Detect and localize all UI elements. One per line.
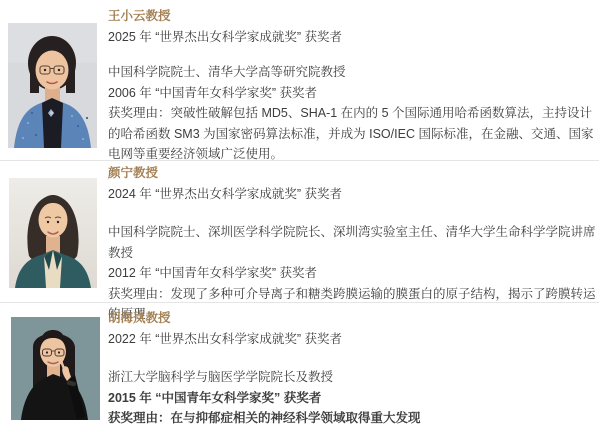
- profile-name: 王小云教授: [108, 6, 597, 27]
- profile-yan-ning: 颜宁教授 2024 年 “世界杰出女科学家成就奖” 获奖者 中国科学院院士、深圳…: [0, 161, 599, 303]
- award-line: 2025 年 “世界杰出女科学家成就奖” 获奖者: [108, 27, 597, 48]
- hu-hailan-photo: [11, 317, 100, 420]
- reason-line: 获奖理由：突破性破解包括 MD5、SHA-1 在内的 5 个国际通用哈希函数算法…: [108, 103, 597, 165]
- hu-hailan-portrait-illustration: [11, 317, 100, 420]
- wang-xiaoyun-portrait-illustration: [8, 23, 97, 148]
- youth-award-line: 2015 年 “中国青年女科学家奖” 获奖者: [108, 388, 597, 409]
- youth-award-line: 2012 年 “中国青年女科学家奖” 获奖者: [108, 263, 597, 284]
- award-line: 2024 年 “世界杰出女科学家成就奖” 获奖者: [108, 184, 597, 205]
- profile-name: 胡海岚教授: [108, 308, 597, 329]
- article-page: 王小云教授 2025 年 “世界杰出女科学家成就奖” 获奖者 中国科学院院士、清…: [0, 0, 599, 427]
- award-line: 2022 年 “世界杰出女科学家成就奖” 获奖者: [108, 329, 597, 350]
- profile-wang-xiaoyun: 王小云教授 2025 年 “世界杰出女科学家成就奖” 获奖者 中国科学院院士、清…: [0, 0, 599, 161]
- profile-hu-hailan: 胡海岚教授 2022 年 “世界杰出女科学家成就奖” 获奖者 浙江大学脑科学与脑…: [0, 303, 599, 427]
- profile-text-block: 颜宁教授 2024 年 “世界杰出女科学家成就奖” 获奖者 中国科学院院士、深圳…: [108, 163, 597, 325]
- profile-text-block: 王小云教授 2025 年 “世界杰出女科学家成就奖” 获奖者 中国科学院院士、清…: [108, 6, 597, 165]
- wang-xiaoyun-photo: [8, 23, 97, 148]
- yan-ning-portrait-illustration: [9, 178, 97, 288]
- youth-award-line: 2006 年 “中国青年女科学家奖” 获奖者: [108, 83, 597, 104]
- affiliation-line: 浙江大学脑科学与脑医学学院院长及教授: [108, 367, 597, 388]
- reason-line: 获奖理由：在与抑郁症相关的神经科学领域取得重大发现: [108, 408, 597, 427]
- profile-name: 颜宁教授: [108, 163, 597, 184]
- yan-ning-photo: [9, 178, 97, 288]
- affiliation-line: 中国科学院院士、清华大学高等研究院教授: [108, 62, 597, 83]
- affiliation-line: 中国科学院院士、深圳医学科学院院长、深圳湾实验室主任、清华大学生命科学学院讲席教…: [108, 222, 597, 263]
- profile-text-block: 胡海岚教授 2022 年 “世界杰出女科学家成就奖” 获奖者 浙江大学脑科学与脑…: [108, 308, 597, 427]
